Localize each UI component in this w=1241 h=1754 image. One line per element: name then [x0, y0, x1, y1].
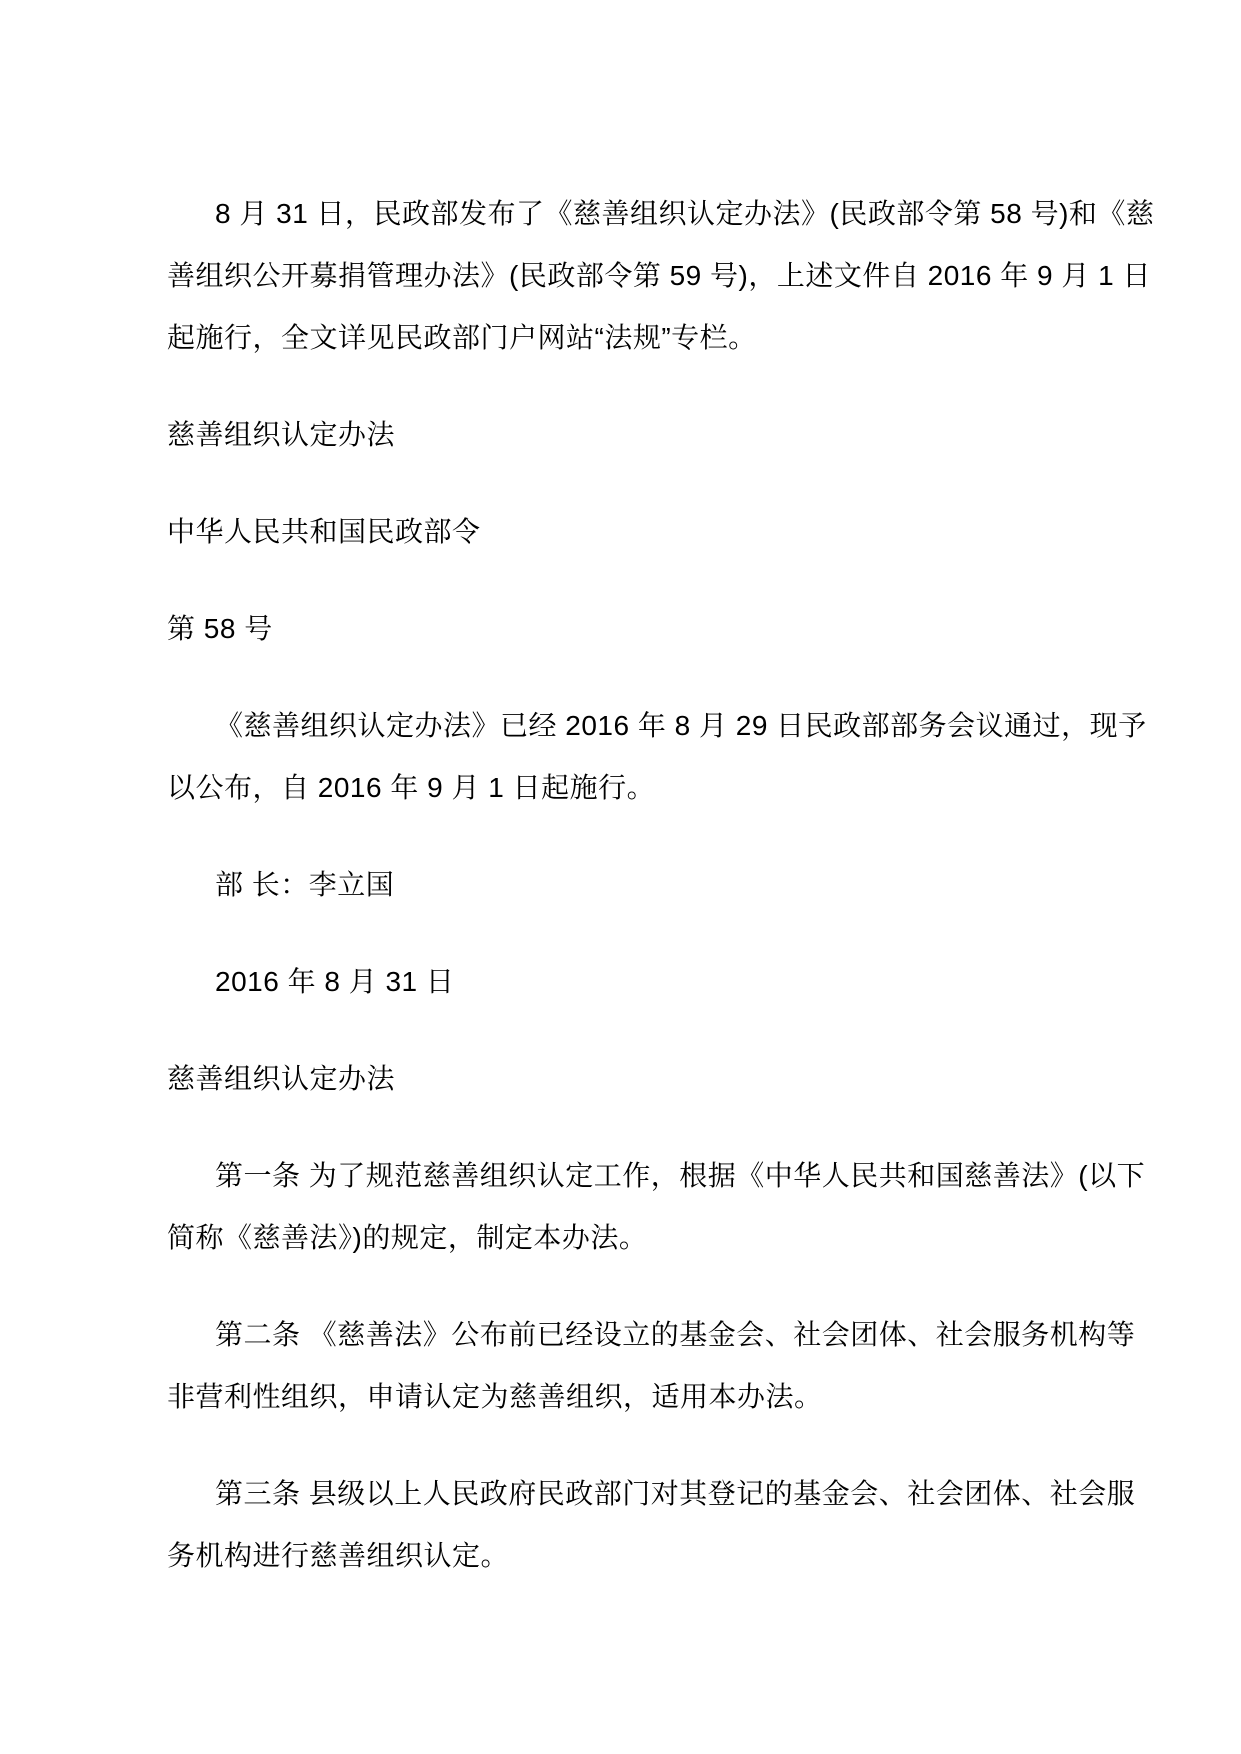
text-line: 简称《慈善法》)的规定，制定本办法。: [167, 1207, 1081, 1269]
text-line: 善组织公开募捐管理办法》(民政部令第 59 号)，上述文件自 2016 年 9 …: [167, 245, 1081, 307]
paragraph-intro: 8 月 31 日，民政部发布了《慈善组织认定办法》(民政部令第 58 号)和《慈…: [167, 183, 1081, 369]
paragraph-article-3: 第三条 县级以上人民政府民政部门对其登记的基金会、社会团体、社会服 务机构进行慈…: [167, 1463, 1081, 1587]
paragraph-signature-date: 2016 年 8 月 31 日: [167, 951, 1081, 1013]
text-line: 非营利性组织，申请认定为慈善组织，适用本办法。: [167, 1366, 1081, 1428]
paragraph-article-2: 第二条 《慈善法》公布前已经设立的基金会、社会团体、社会服务机构等 非营利性组织…: [167, 1304, 1081, 1428]
text-line: 慈善组织认定办法: [167, 404, 1081, 466]
text-line: 部 长：李立国: [167, 854, 1081, 916]
text-line: 第二条 《慈善法》公布前已经设立的基金会、社会团体、社会服务机构等: [167, 1304, 1081, 1366]
paragraph-article-1: 第一条 为了规范慈善组织认定工作，根据《中华人民共和国慈善法》(以下 简称《慈善…: [167, 1145, 1081, 1269]
text-line: 《慈善组织认定办法》已经 2016 年 8 月 29 日民政部部务会议通过，现予: [167, 695, 1081, 757]
paragraph-adoption-statement: 《慈善组织认定办法》已经 2016 年 8 月 29 日民政部部务会议通过，现予…: [167, 695, 1081, 819]
heading-ministry-order: 中华人民共和国民政部令: [167, 501, 1081, 563]
text-line: 8 月 31 日，民政部发布了《慈善组织认定办法》(民政部令第 58 号)和《慈: [167, 183, 1081, 245]
text-line: 第 58 号: [167, 598, 1081, 660]
document-body: 8 月 31 日，民政部发布了《慈善组织认定办法》(民政部令第 58 号)和《慈…: [0, 0, 1241, 1754]
text-line: 第一条 为了规范慈善组织认定工作，根据《中华人民共和国慈善法》(以下: [167, 1145, 1081, 1207]
text-line: 第三条 县级以上人民政府民政部门对其登记的基金会、社会团体、社会服: [167, 1463, 1081, 1525]
document-page: 8 月 31 日，民政部发布了《慈善组织认定办法》(民政部令第 58 号)和《慈…: [0, 0, 1241, 1754]
text-line: 务机构进行慈善组织认定。: [167, 1525, 1081, 1587]
heading-measures-title: 慈善组织认定办法: [167, 404, 1081, 466]
text-line: 起施行，全文详见民政部门户网站“法规”专栏。: [167, 307, 1081, 369]
heading-order-number: 第 58 号: [167, 598, 1081, 660]
text-line: 以公布，自 2016 年 9 月 1 日起施行。: [167, 757, 1081, 819]
text-line: 中华人民共和国民政部令: [167, 501, 1081, 563]
text-line: 2016 年 8 月 31 日: [167, 951, 1081, 1013]
paragraph-minister-signature: 部 长：李立国: [167, 854, 1081, 916]
text-line: 慈善组织认定办法: [167, 1048, 1081, 1110]
heading-measures-title-repeat: 慈善组织认定办法: [167, 1048, 1081, 1110]
